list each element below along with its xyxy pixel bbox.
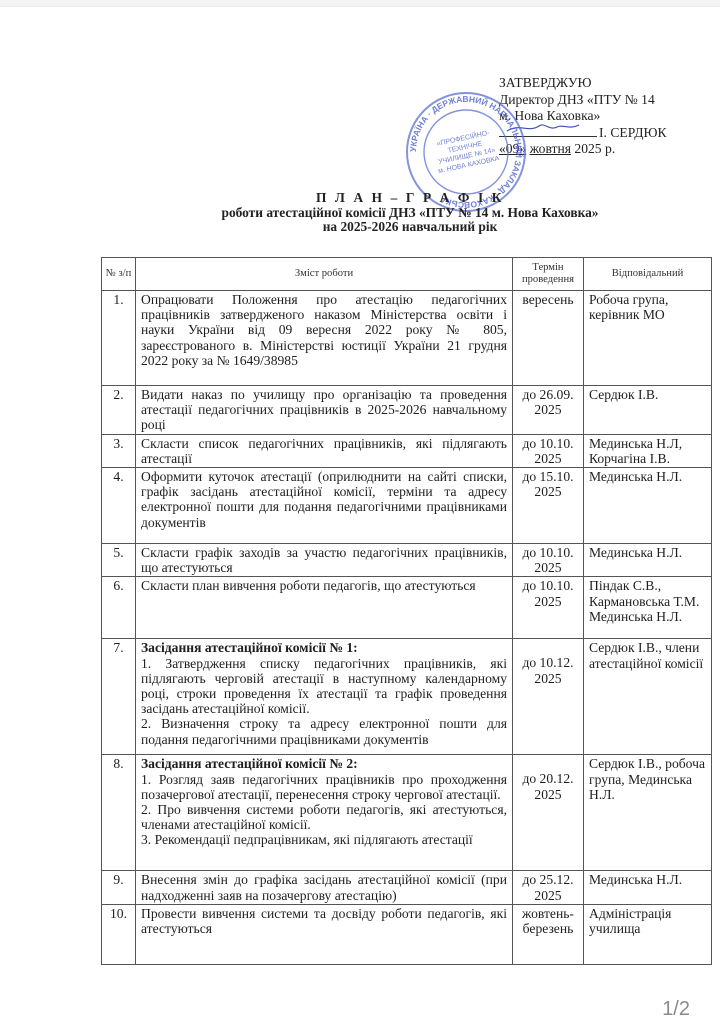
row-content: Засідання атестаційної комісії № 2:1. Ро…: [136, 755, 513, 871]
page-indicator: 1/2: [662, 998, 690, 1021]
table-row: 2.Видати наказ по училищу про організаці…: [102, 386, 712, 435]
signature-scribble-icon: [499, 121, 597, 135]
row-content: Скласти план вивчення роботи педагогів, …: [136, 577, 513, 639]
row-content-paragraph: 2. Визначення строку та адресу електронн…: [141, 716, 507, 746]
table-row: 3.Скласти список педагогічних працівникі…: [102, 434, 712, 467]
row-number: 6.: [102, 577, 136, 639]
table-row: 8.Засідання атестаційної комісії № 2:1. …: [102, 755, 712, 871]
row-responsible: Робоча група, керівник МО: [584, 291, 712, 386]
row-term: до 10.12. 2025: [513, 639, 584, 755]
approval-signature-line: І. СЕРДЮК: [499, 125, 667, 142]
row-responsible: Адміністрація училища: [584, 904, 712, 964]
approval-block: ЗАТВЕРДЖУЮ Директор ДНЗ «ПТУ № 14 м. Нов…: [499, 75, 667, 158]
header-num: № з/п: [102, 258, 136, 291]
signature-mark: [499, 125, 597, 137]
approval-heading: ЗАТВЕРДЖУЮ: [499, 75, 667, 92]
approval-date-month: жовтня: [530, 141, 571, 156]
row-heading: Засідання атестаційної комісії № 2:: [141, 756, 507, 771]
row-term: до 10.10. 2025: [513, 544, 584, 577]
svg-text:УЧИЛИЩЕ № 14»: УЧИЛИЩЕ № 14»: [438, 147, 496, 166]
row-responsible: Сердюк І.В., члени атестаційної комісії: [584, 639, 712, 755]
table-row: 5.Скласти графік заходів за участю педаг…: [102, 544, 712, 577]
row-content: Видати наказ по училищу про організацію …: [136, 386, 513, 435]
approval-position: Директор ДНЗ «ПТУ № 14: [499, 92, 667, 109]
header-term: Термін проведення: [513, 258, 584, 291]
row-content-paragraph: 2. Про вивчення системи роботи педагогів…: [141, 802, 507, 832]
row-number: 9.: [102, 871, 136, 904]
row-content: Скласти графік заходів за участю педагог…: [136, 544, 513, 577]
row-term: до 20.12. 2025: [513, 755, 584, 871]
table-row: 6.Скласти план вивчення роботи педагогів…: [102, 577, 712, 639]
row-content-paragraph: Скласти план вивчення роботи педагогів, …: [141, 578, 507, 593]
row-content: Скласти список педагогічних працівників,…: [136, 434, 513, 467]
row-number: 5.: [102, 544, 136, 577]
table-header-row: № з/п Зміст роботи Термін проведення Від…: [102, 258, 712, 291]
header-responsible: Відповідальний: [584, 258, 712, 291]
title-subject: роботи атестаційної комісії ДНЗ «ПТУ № 1…: [110, 206, 710, 221]
row-term: до 26.09. 2025: [513, 386, 584, 435]
row-term: до 15.10. 2025: [513, 468, 584, 544]
row-number: 3.: [102, 434, 136, 467]
table-row: 10.Провести вивчення системи та досвіду …: [102, 904, 712, 964]
row-number: 2.: [102, 386, 136, 435]
row-term: до 25.12. 2025: [513, 871, 584, 904]
row-responsible: Сердюк І.В., робоча група, Мединська Н.Л…: [584, 755, 712, 871]
header-content: Зміст роботи: [136, 258, 513, 291]
row-responsible: Мединська Н.Л.: [584, 871, 712, 904]
row-responsible: Мединська Н.Л, Корчагіна І.В.: [584, 434, 712, 467]
viewer-top-bar: [0, 0, 720, 7]
row-content: Засідання атестаційної комісії № 1:1. За…: [136, 639, 513, 755]
row-responsible: Мединська Н.Л.: [584, 468, 712, 544]
row-content-paragraph: Внесення змін до графіка засідань атеста…: [141, 872, 507, 902]
row-content-paragraph: Скласти графік заходів за участю педагог…: [141, 545, 507, 575]
table-row: 9.Внесення змін до графіка засідань атес…: [102, 871, 712, 904]
row-responsible: Мединська Н.Л.: [584, 544, 712, 577]
row-number: 1.: [102, 291, 136, 386]
row-number: 7.: [102, 639, 136, 755]
approval-date: «09» жовтня 2025 р.: [499, 141, 667, 158]
document-title: П Л А Н – Г Р А Ф І К роботи атестаційно…: [110, 191, 710, 235]
row-number: 10.: [102, 904, 136, 964]
row-content-paragraph: Скласти список педагогічних працівників,…: [141, 436, 507, 466]
row-content-paragraph: Провести вивчення системи та досвіду роб…: [141, 906, 507, 936]
row-term: до 10.10. 2025: [513, 434, 584, 467]
title-plan: П Л А Н – Г Р А Ф І К: [110, 191, 710, 206]
row-content-paragraph: 1. Затвердження списку педагогічних прац…: [141, 656, 507, 717]
approval-signature-name: І. СЕРДЮК: [599, 125, 667, 140]
plan-table: № з/п Зміст роботи Термін проведення Від…: [101, 257, 712, 965]
svg-text:«ПРОФЕСІЙНО-: «ПРОФЕСІЙНО-: [436, 128, 491, 148]
table-row: 7.Засідання атестаційної комісії № 1:1. …: [102, 639, 712, 755]
approval-date-year: 2025 р.: [574, 141, 615, 156]
row-responsible: Піндак С.В., Кармановська Т.М. Мединська…: [584, 577, 712, 639]
row-content-paragraph: Оформити куточок атестації (оприлюднити …: [141, 469, 507, 530]
row-content: Провести вивчення системи та досвіду роб…: [136, 904, 513, 964]
row-content-paragraph: 1. Розгляд заяв педагогічних працівників…: [141, 772, 507, 802]
title-year: на 2025-2026 навчальний рік: [110, 220, 710, 235]
row-content-paragraph: Опрацювати Положення про атестацію педаг…: [141, 292, 507, 368]
row-number: 8.: [102, 755, 136, 871]
row-term: до 10.10. 2025: [513, 577, 584, 639]
row-content: Внесення змін до графіка засідань атеста…: [136, 871, 513, 904]
table-row: 1.Опрацювати Положення про атестацію пед…: [102, 291, 712, 386]
row-content: Оформити куточок атестації (оприлюднити …: [136, 468, 513, 544]
row-responsible: Сердюк І.В.: [584, 386, 712, 435]
row-term: вересень: [513, 291, 584, 386]
table-row: 4.Оформити куточок атестації (оприлюднит…: [102, 468, 712, 544]
svg-text:м. НОВА КАХОВКА: м. НОВА КАХОВКА: [438, 155, 501, 175]
row-heading: Засідання атестаційної комісії № 1:: [141, 640, 507, 655]
svg-text:ТЕХНІЧНЕ: ТЕХНІЧНЕ: [447, 140, 483, 154]
row-term: жовтень-березень: [513, 904, 584, 964]
row-content-paragraph: 3. Рекомендації педпрацівникам, які підл…: [141, 832, 507, 847]
row-content: Опрацювати Положення про атестацію педаг…: [136, 291, 513, 386]
approval-date-day: «09»: [499, 141, 526, 156]
row-content-paragraph: Видати наказ по училищу про організацію …: [141, 387, 507, 433]
row-number: 4.: [102, 468, 136, 544]
